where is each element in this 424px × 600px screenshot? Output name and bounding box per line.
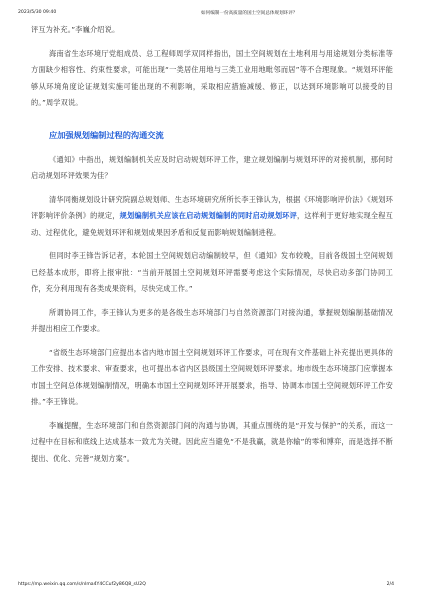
paragraph-zhou-xueshuang: 海南省生态环境厅党组成员、总工程师周学双同样指出，国土空间规划在土地利用与用途规… bbox=[31, 46, 393, 112]
page-number: 2/4 bbox=[387, 582, 394, 587]
paragraph-collaboration: 所谓协同工作，李王锋认为更多的是各级生态环境部门与自然资源部门对接沟通，掌握规划… bbox=[31, 305, 393, 338]
article-body: 评互为补充。”李巍介绍说。 海南省生态环境厅党组成员、总工程师周学双同样指出，国… bbox=[31, 22, 393, 474]
print-header: 2023/5/30 09:40 如何编制一份高质量的国土空间总体规划环评？ bbox=[18, 10, 406, 20]
paragraph-li-wei-reminder: 李巍提醒，生态环境部门和自然资源部门间的沟通与协调，其重点围绕的是“开发与保护”… bbox=[31, 418, 393, 468]
highlighted-text: 规划编制机关应该在启动规划编制的同时启动规划环评 bbox=[120, 211, 297, 220]
paragraph-continuation: 评互为补充。”李巍介绍说。 bbox=[31, 22, 393, 39]
print-page-title: 如何编制一份高质量的国土空间总体规划环评？ bbox=[201, 10, 297, 16]
paragraph-li-wangfeng: 清华同衡规划设计研究院副总规划师、生态环境研究所所长李王锋认为，根据《环境影响评… bbox=[31, 192, 393, 242]
print-datetime: 2023/5/30 09:40 bbox=[18, 10, 56, 15]
section-heading: 应加强规划编制过程的沟通交流 bbox=[49, 128, 393, 142]
paragraph-timing: 但同时李王锋告诉记者，本轮国土空间规划启动编制较早，但《通知》发布较晚，目前各级… bbox=[31, 248, 393, 298]
page-url: https://mp.weixin.qq.com/s/nlma4Y4CCuf2y… bbox=[18, 582, 146, 587]
paragraph-notice: 《通知》中指出，规划编制机关应及时启动规划环评工作，建立规划编制与规划环评的对接… bbox=[31, 152, 393, 185]
paragraph-quote-requirements: “省级生态环境部门应提出本省内地市国土空间规划环评工作要求，可在现有文件基础上补… bbox=[31, 345, 393, 411]
